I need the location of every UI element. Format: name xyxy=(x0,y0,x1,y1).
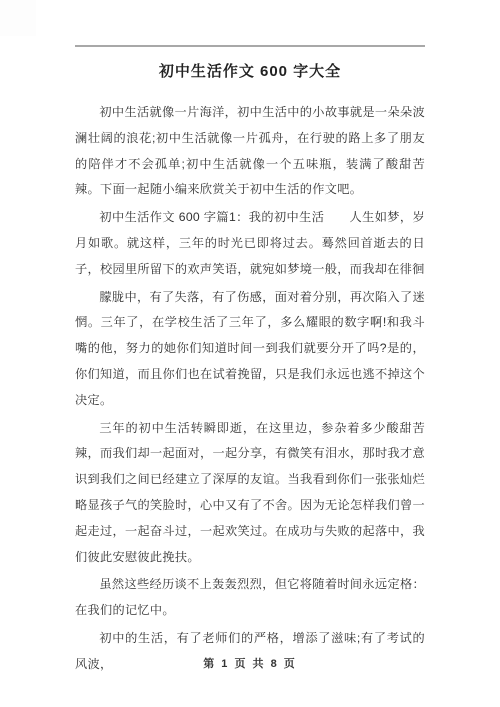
page-corner-shade xyxy=(0,0,36,36)
page-number: 第 1 页 共 8 页 xyxy=(0,655,500,671)
title-divider-rule xyxy=(75,45,425,47)
essay-paragraph: 虽然这些经历谈不上轰轰烈烈，但它将随着时间永远定格：在我们的记忆中。 xyxy=(75,572,425,624)
page-title: 初中生活作文 600 字大全 xyxy=(0,60,500,81)
essay-body: 初中生活就像一片海洋，初中生活中的小故事就是一朵朵波澜壮阔的浪花;初中生活就像一… xyxy=(75,100,425,680)
essay-paragraph-section-heading: 初中生活作文 600 字篇1：我的初中生活 人生如梦，岁月如歌。就这样，三年的时… xyxy=(75,205,425,282)
essay-paragraph-intro: 初中生活就像一片海洋，初中生活中的小故事就是一朵朵波澜壮阔的浪花;初中生活就像一… xyxy=(75,100,425,203)
essay-paragraph: 三年的初中生活转瞬即逝，在这里边，参杂着多少酸甜苦辣，而我们却一起面对，一起分享… xyxy=(75,416,425,571)
essay-paragraph: 朦胧中，有了失落，有了伤感，面对着分别，再次陷入了迷惘。三年了，在学校生活了三年… xyxy=(75,285,425,414)
document-page: 初中生活作文 600 字大全 初中生活就像一片海洋，初中生活中的小故事就是一朵朵… xyxy=(0,0,500,707)
